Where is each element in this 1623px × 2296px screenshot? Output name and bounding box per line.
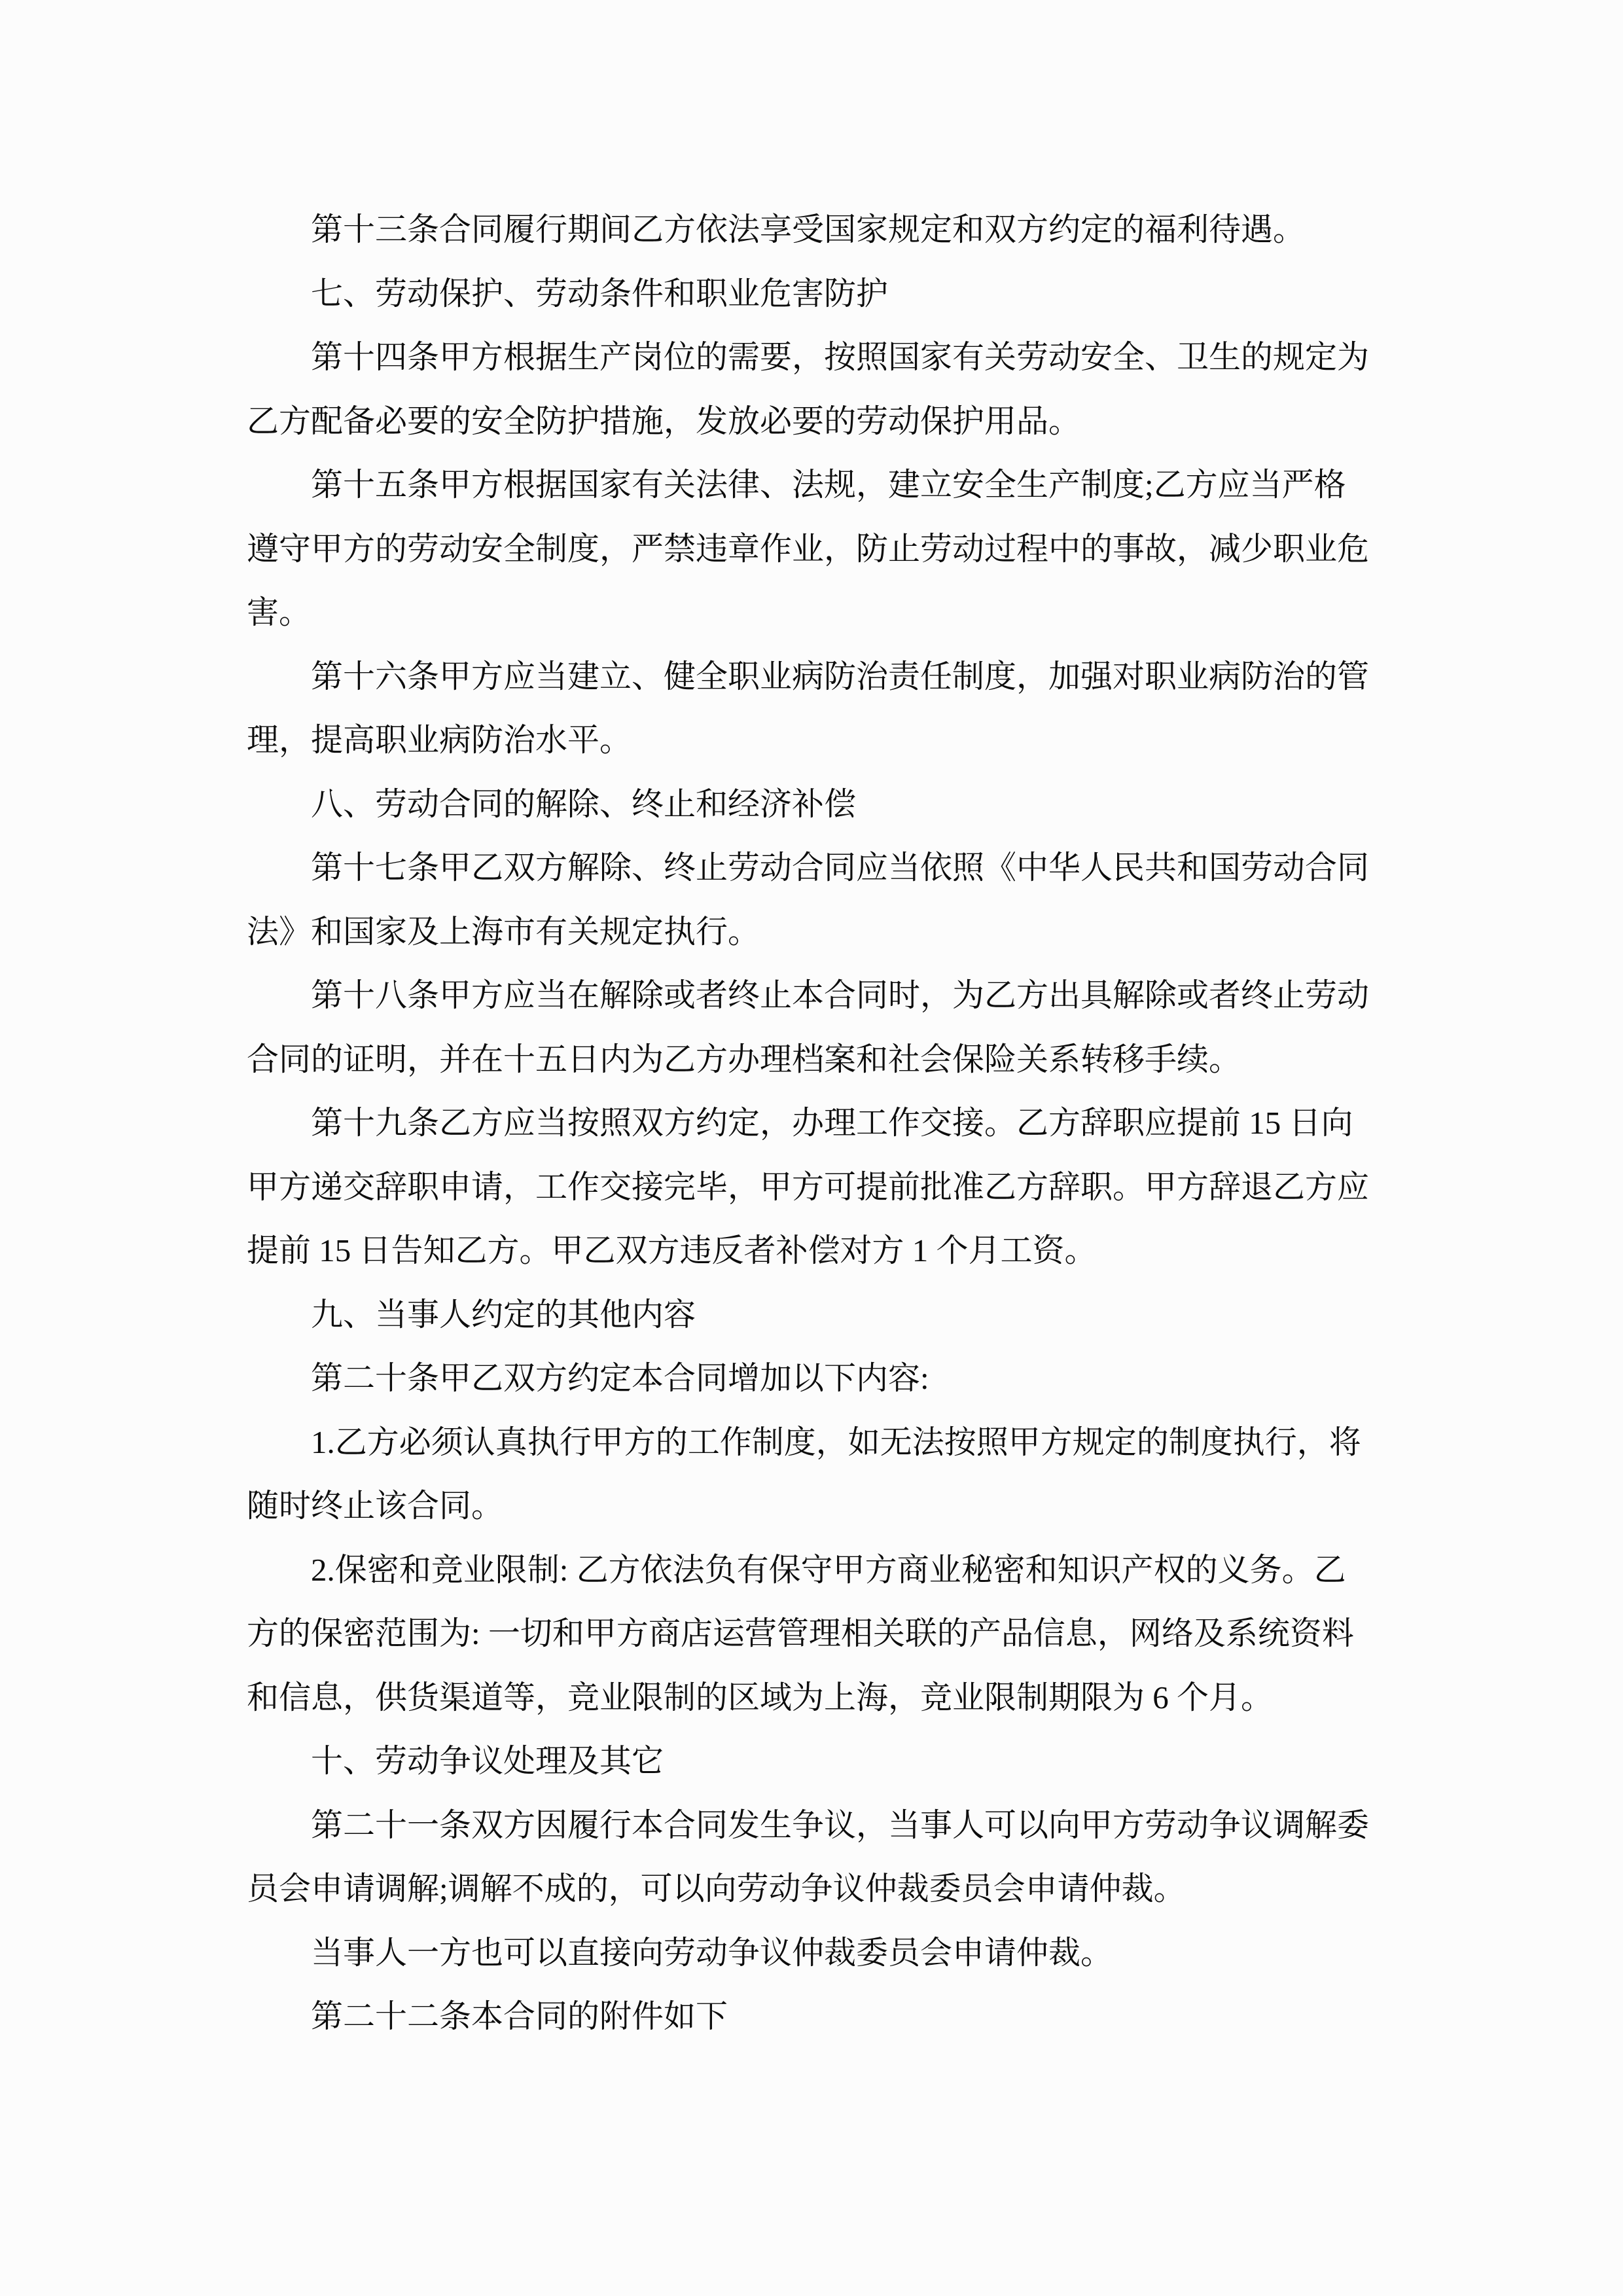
- section-7-heading: 七、劳动保护、劳动条件和职业危害防护: [247, 262, 1385, 326]
- clause-14: 第十四条甲方根据生产岗位的需要，按照国家有关劳动安全、卫生的规定为 乙方配备必要…: [247, 325, 1385, 453]
- section-9-heading: 九、当事人约定的其他内容: [247, 1283, 1385, 1347]
- clause-21: 第二十一条双方因履行本合同发生争议，当事人可以向甲方劳动争议调解委 员会申请调解…: [247, 1793, 1385, 1921]
- clause-21-extra: 当事人一方也可以直接向劳动争议仲裁委员会申请仲裁。: [247, 1921, 1385, 1985]
- clause-20: 第二十条甲乙双方约定本合同增加以下内容:: [247, 1346, 1385, 1410]
- clause-13: 第十三条合同履行期间乙方依法享受国家规定和双方约定的福利待遇。: [247, 198, 1385, 262]
- contract-body: 第十三条合同履行期间乙方依法享受国家规定和双方约定的福利待遇。 七、劳动保护、劳…: [247, 198, 1385, 2049]
- clause-20-item-1: 1.乙方必须认真执行甲方的工作制度，如无法按照甲方规定的制度执行，将 随时终止该…: [247, 1410, 1385, 1538]
- clause-20-item-2: 2.保密和竞业限制: 乙方依法负有保守甲方商业秘密和知识产权的义务。乙 方的保密…: [247, 1538, 1385, 1730]
- clause-18: 第十八条甲方应当在解除或者终止本合同时，为乙方出具解除或者终止劳动 合同的证明，…: [247, 963, 1385, 1091]
- clause-15: 第十五条甲方根据国家有关法律、法规，建立安全生产制度;乙方应当严格 遵守甲方的劳…: [247, 453, 1385, 645]
- document-page: 第十三条合同履行期间乙方依法享受国家规定和双方约定的福利待遇。 七、劳动保护、劳…: [0, 0, 1623, 2296]
- section-10-heading: 十、劳动争议处理及其它: [247, 1729, 1385, 1793]
- clause-17: 第十七条甲乙双方解除、终止劳动合同应当依照《中华人民共和国劳动合同 法》和国家及…: [247, 836, 1385, 963]
- clause-22: 第二十二条本合同的附件如下: [247, 1984, 1385, 2049]
- clause-16: 第十六条甲方应当建立、健全职业病防治责任制度，加强对职业病防治的管 理，提高职业…: [247, 645, 1385, 772]
- section-8-heading: 八、劳动合同的解除、终止和经济补偿: [247, 772, 1385, 836]
- clause-19: 第十九条乙方应当按照双方约定，办理工作交接。乙方辞职应提前 15 日向 甲方递交…: [247, 1091, 1385, 1283]
